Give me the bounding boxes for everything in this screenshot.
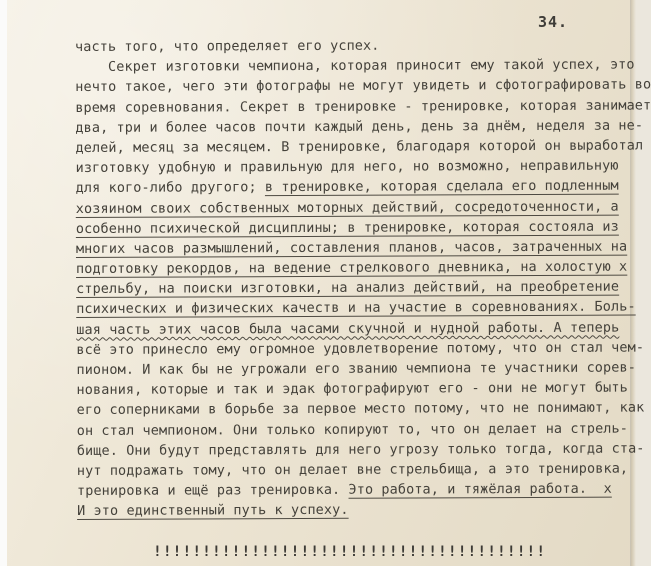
text-segment: два, три и более часов почти каждый день… (75, 117, 643, 135)
underlined-text-segment: многих часов размышлений, составления пл… (76, 238, 627, 256)
text-line: тренировка и ещё раз тренировка. Это раб… (77, 479, 651, 502)
scanner-background-strip (0, 0, 7, 566)
text-segment: его соперниками в борьбе за первое место… (77, 400, 645, 418)
typewritten-text: часть того, что определяет его успех. Се… (75, 34, 651, 521)
text-segment: изготовку удобную и правильную для него,… (76, 158, 619, 176)
text-segment: он стал чемпионом. Они только копируют т… (77, 420, 628, 438)
text-segment: нования, которые и так и эдак фотографир… (77, 380, 628, 398)
text-segment: тренировка и ещё раз тренировка. (77, 482, 349, 499)
text-segment: делей, месяц за месяцем. В тренировке, б… (75, 137, 643, 155)
underlined-text-segment: стрельбу, на поиски изготовки, на анализ… (76, 279, 619, 297)
text-line: всё это принесло ему огромное удовлетвор… (76, 337, 651, 360)
text-segment: время соревнования. Секрет в тренировке … (75, 97, 651, 116)
page-number: 34. (538, 13, 568, 31)
text-segment: Секрет изготовки чемпиона, которая прино… (75, 57, 635, 75)
text-segment: нут подражать тому, что он делает вне ст… (77, 461, 628, 479)
text-line: стрельбу, на поиски изготовки, на анализ… (76, 277, 651, 300)
scanned-page: 34. часть того, что определяет его успех… (7, 0, 651, 566)
text-line: нут подражать тому, что он делает вне ст… (77, 458, 651, 481)
underlined-text-segment: в тренировке, которая сделала его подлен… (265, 178, 619, 196)
text-line: изготовку удобную и правильную для него,… (76, 156, 651, 179)
underlined-text-segment: И это единственный путь к успеху. (77, 502, 349, 519)
text-line: нования, которые и так и эдак фотографир… (76, 378, 651, 401)
text-segment: всё это принесло ему огромное удовлетвор… (76, 339, 644, 357)
text-line: для кого-либо другого; в тренировке, кот… (76, 176, 651, 199)
text-line: он стал чемпионом. Они только копируют т… (77, 418, 651, 441)
underlined-text-segment: подготовку рекордов, на ведение стрелков… (76, 259, 627, 277)
underlined-text-segment: Это работа, и тяжёлая работа. х (348, 481, 611, 498)
text-line: нечто такое, чего эти фотографы не могут… (75, 75, 651, 98)
text-line: хозяином своих собственных моторных дейс… (76, 196, 651, 219)
underlined-text-segment: психических и физических качеств и на уч… (76, 299, 636, 317)
text-line: пионом. И как бы не угрожали его званию … (76, 357, 651, 380)
text-segment: пионом. И как бы не угрожали его званию … (76, 360, 636, 378)
text-segment: часть того, что определяет его успех. (75, 38, 380, 55)
exclamation-row: !!!!!!!!!!!!!!!!!!!!!!!!!!!!!!!!!!!!!!!! (153, 544, 546, 560)
text-line: часть того, что определяет его успех. (75, 34, 651, 57)
text-line: два, три и более часов почти каждый день… (75, 115, 651, 138)
underlined-text-segment: шая часть этих часов была часами скучной… (76, 319, 619, 337)
text-line: его соперниками в борьбе за первое место… (77, 398, 651, 421)
text-segment: для кого-либо другого; (76, 179, 265, 196)
text-line: время соревнования. Секрет в тренировке … (75, 95, 651, 118)
text-line: подготовку рекордов, на ведение стрелков… (76, 257, 651, 280)
text-line: многих часов размышлений, составления пл… (76, 236, 651, 259)
text-line: шая часть этих часов была часами скучной… (76, 317, 651, 340)
text-line: делей, месяц за месяцем. В тренировке, б… (75, 135, 651, 158)
text-line: Секрет изготовки чемпиона, которая прино… (75, 55, 651, 78)
text-line: психических и физических качеств и на уч… (76, 297, 651, 320)
text-segment: бище. Они будут представлять для него уг… (77, 440, 645, 458)
text-segment: нечто такое, чего эти фотографы не могут… (75, 77, 651, 96)
text-line: И это единственный путь к успеху. (77, 499, 651, 522)
text-line: особенно психической дисциплины; в трени… (76, 216, 651, 239)
text-line: бище. Они будут представлять для него уг… (77, 438, 651, 461)
underlined-text-segment: особенно психической дисциплины; в трени… (76, 218, 619, 236)
underlined-text-segment: хозяином своих собственных моторных дейс… (76, 198, 619, 216)
